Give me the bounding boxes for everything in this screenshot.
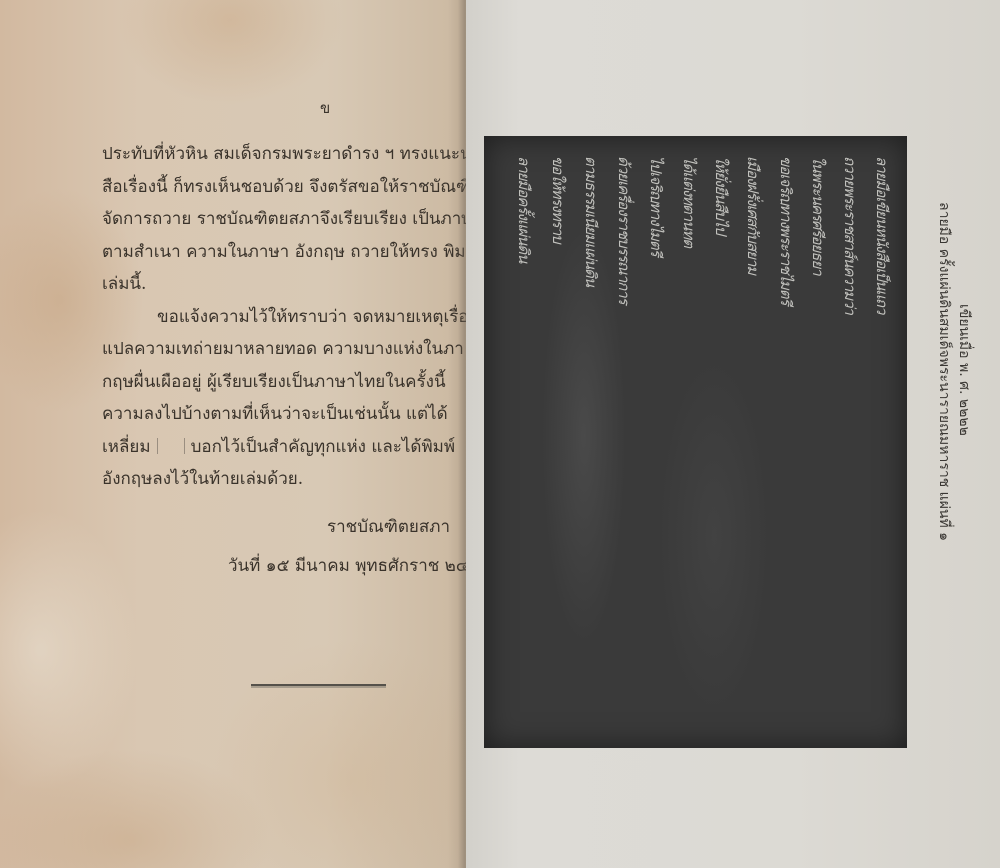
- body-text: ประทับที่หัวหิน สมเด็จกรมพระยาดำรง ฯ ทรง…: [102, 138, 466, 496]
- caption-title: ลายมือ ครั้งแผ่นดินสมเด็จพระนารายณมหาราช…: [933, 202, 955, 541]
- plate-caption: ลายมือ ครั้งแผ่นดินสมเด็จพระนารายณมหาราช…: [917, 200, 977, 740]
- book-spread: ข ประทับที่หัวหิน สมเด็จกรมพระยาดำรง ฯ ท…: [0, 0, 1000, 868]
- left-page: ข ประทับที่หัวหิน สมเด็จกรมพระยาดำรง ฯ ท…: [0, 0, 466, 868]
- text-line: จัดการถวาย ราชบัณฑิตยสภาจึงเรียบเรียง เป…: [102, 203, 466, 236]
- script-line: ลายมือเขียนหนังสือเป็นแถว: [876, 156, 894, 731]
- script-line: ในพระนครศรีอยุธยา: [812, 156, 830, 731]
- text-line: ขอแจ้งความไว้ให้ทราบว่า จดหมายเหตุเรื่อง: [102, 301, 466, 334]
- script-line: ได้แต่งทูตานุทูต: [683, 156, 701, 731]
- text-fragment: เหลี่ยม: [102, 437, 151, 457]
- page-marker: ข: [320, 96, 330, 120]
- script-line: ขอเจริญทางพระราชไมตรี: [780, 156, 798, 731]
- text-line: เล่มนี้.: [102, 268, 466, 301]
- script-line: ถวายพระราชสาส์นความว่า: [844, 156, 862, 731]
- script-line: ด้วยเครื่องราชบรรณาการ: [618, 156, 636, 731]
- signature: ราชบัณฑิตยสภา: [327, 513, 450, 540]
- script-line: ตามธรรมเนียมแผ่นดิน: [585, 156, 603, 731]
- script-line: เมืองฝรั่งเศสกับสยาม: [747, 156, 765, 731]
- manuscript-plate-image: ลายมือเขียนหนังสือเป็นแถว ถวายพระราชสาส์…: [484, 136, 907, 748]
- text-line: กฤษผื่นเผืออยู่ ผู้เรียบเรียงเป็นภาษาไทย…: [102, 366, 466, 399]
- script-line: ให้ยั่งยืนสืบไป: [715, 156, 733, 731]
- text-line: สือเรื่องนี้ ก็ทรงเห็นชอบด้วย จึงตรัสขอใ…: [102, 171, 466, 204]
- date-line: วันที่ ๑๕ มีนาคม พุทธศักราช ๒๔๗: [228, 552, 466, 579]
- text-fragment: บอกไว้เป็นสำคัญทุกแห่ง และได้พิมพ์: [191, 437, 455, 457]
- end-rule-divider: [251, 684, 386, 686]
- script-line: ไปเจริญทางไมตรี: [650, 156, 668, 731]
- text-line: ความลงไปบ้างตามที่เห็นว่าจะเป็นเช่นนั้น …: [102, 398, 466, 431]
- text-line: อังกฤษลงไว้ในท้ายเล่มด้วย.: [102, 463, 466, 496]
- caption-date: เขียนเมื่อ พ. ศ. ๒๒๒๒: [953, 304, 975, 436]
- script-line: ลายมือครั้งแผ่นดิน: [518, 156, 536, 731]
- script-line: ขอให้ทรงทราบ: [552, 156, 570, 731]
- right-page: ลายมือเขียนหนังสือเป็นแถว ถวายพระราชสาส์…: [466, 0, 1000, 868]
- text-line: ตามสำเนา ความในภาษา อังกฤษ ถวายให้ทรง พิ…: [102, 236, 466, 269]
- text-line-with-bracket: เหลี่ยมบอกไว้เป็นสำคัญทุกแห่ง และได้พิมพ…: [102, 431, 466, 464]
- square-bracket-symbol: [157, 438, 185, 454]
- text-line: แปลความเทถ่ายมาหลายทอด ความบางแห่งในภา: [102, 333, 466, 366]
- text-line: ประทับที่หัวหิน สมเด็จกรมพระยาดำรง ฯ ทรง…: [102, 138, 466, 171]
